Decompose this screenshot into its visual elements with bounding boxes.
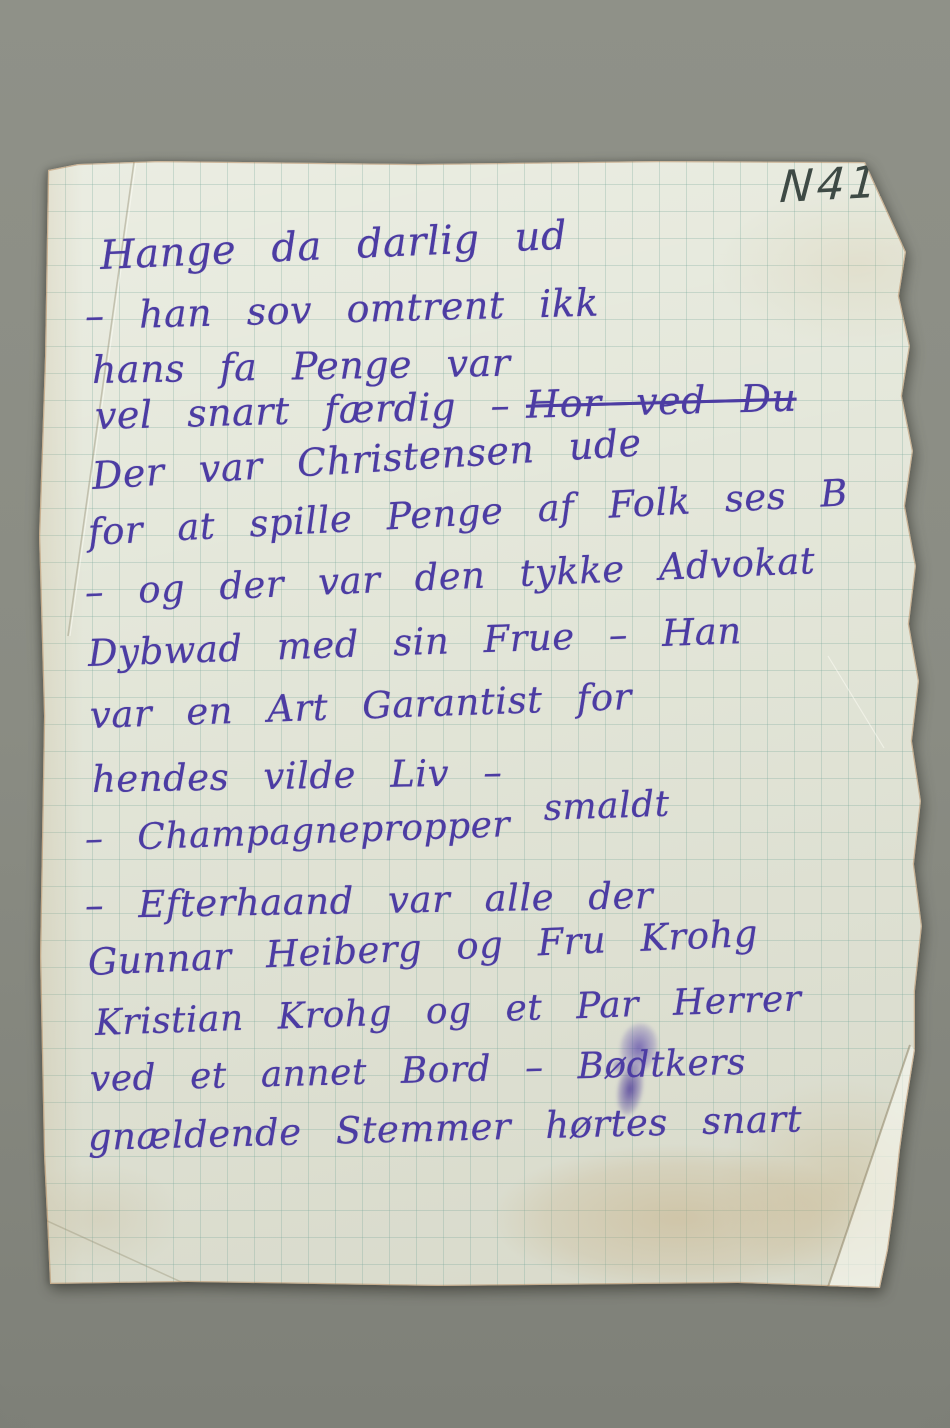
handwriting-segment: – og der var den tykke Advokat [84, 539, 816, 614]
handwriting-segment: ved et annet Bord – Bødtkers [89, 1042, 746, 1100]
handwritten-line-9: var en Art Garantist for [89, 677, 632, 737]
handwriting-segment: gnældende Stemmer hørtes snart [87, 1097, 802, 1159]
manuscript-paper-wrapper: N413 Hange da darlig ud– han sov omtrent… [38, 156, 924, 1292]
handwritten-line-8: Dybwad med sin Frue – Han [87, 611, 742, 674]
handwriting-segment: vel snart færdig – [94, 383, 510, 438]
handwritten-line-2: – han sov omtrent ikk [84, 283, 599, 338]
handwritten-line-11: – Champagneproppersmaldt [84, 800, 670, 860]
handwritten-line-16: gnældende Stemmer hørtes snart [87, 1099, 802, 1158]
struck-text: Hor ved Du [525, 376, 797, 427]
manuscript-paper: N413 Hange da darlig ud– han sov omtrent… [38, 156, 924, 1292]
handwritten-text-block: Hange da darlig ud– han sov omtrent ikkh… [38, 156, 924, 1292]
handwritten-line-14: Kristian Krohg og et Par Herrer [94, 979, 802, 1043]
handwritten-line-7: – og der var den tykke Advokat [84, 541, 816, 614]
handwriting-segment: Dybwad med sin Frue – Han [87, 609, 742, 675]
handwritten-line-10: hendes vilde Liv – [92, 753, 503, 801]
photo-background: N413 Hange da darlig ud– han sov omtrent… [0, 0, 950, 1428]
handwritten-line-1: Hange da darlig ud [99, 214, 568, 278]
handwriting-segment: hendes vilde Liv – [92, 751, 503, 801]
handwriting-segment: Hange da darlig ud [99, 213, 568, 279]
raised-word: smaldt [543, 785, 670, 829]
handwriting-segment: – Champagnepropper [84, 804, 511, 860]
handwriting-segment: var en Art Garantist for [89, 675, 632, 737]
handwriting-segment: Kristian Krohg og et Par Herrer [94, 978, 802, 1044]
handwriting-segment: – han sov omtrent ikk [84, 281, 599, 338]
handwritten-line-15: ved et annet Bord – Bødtkers [89, 1043, 746, 1100]
